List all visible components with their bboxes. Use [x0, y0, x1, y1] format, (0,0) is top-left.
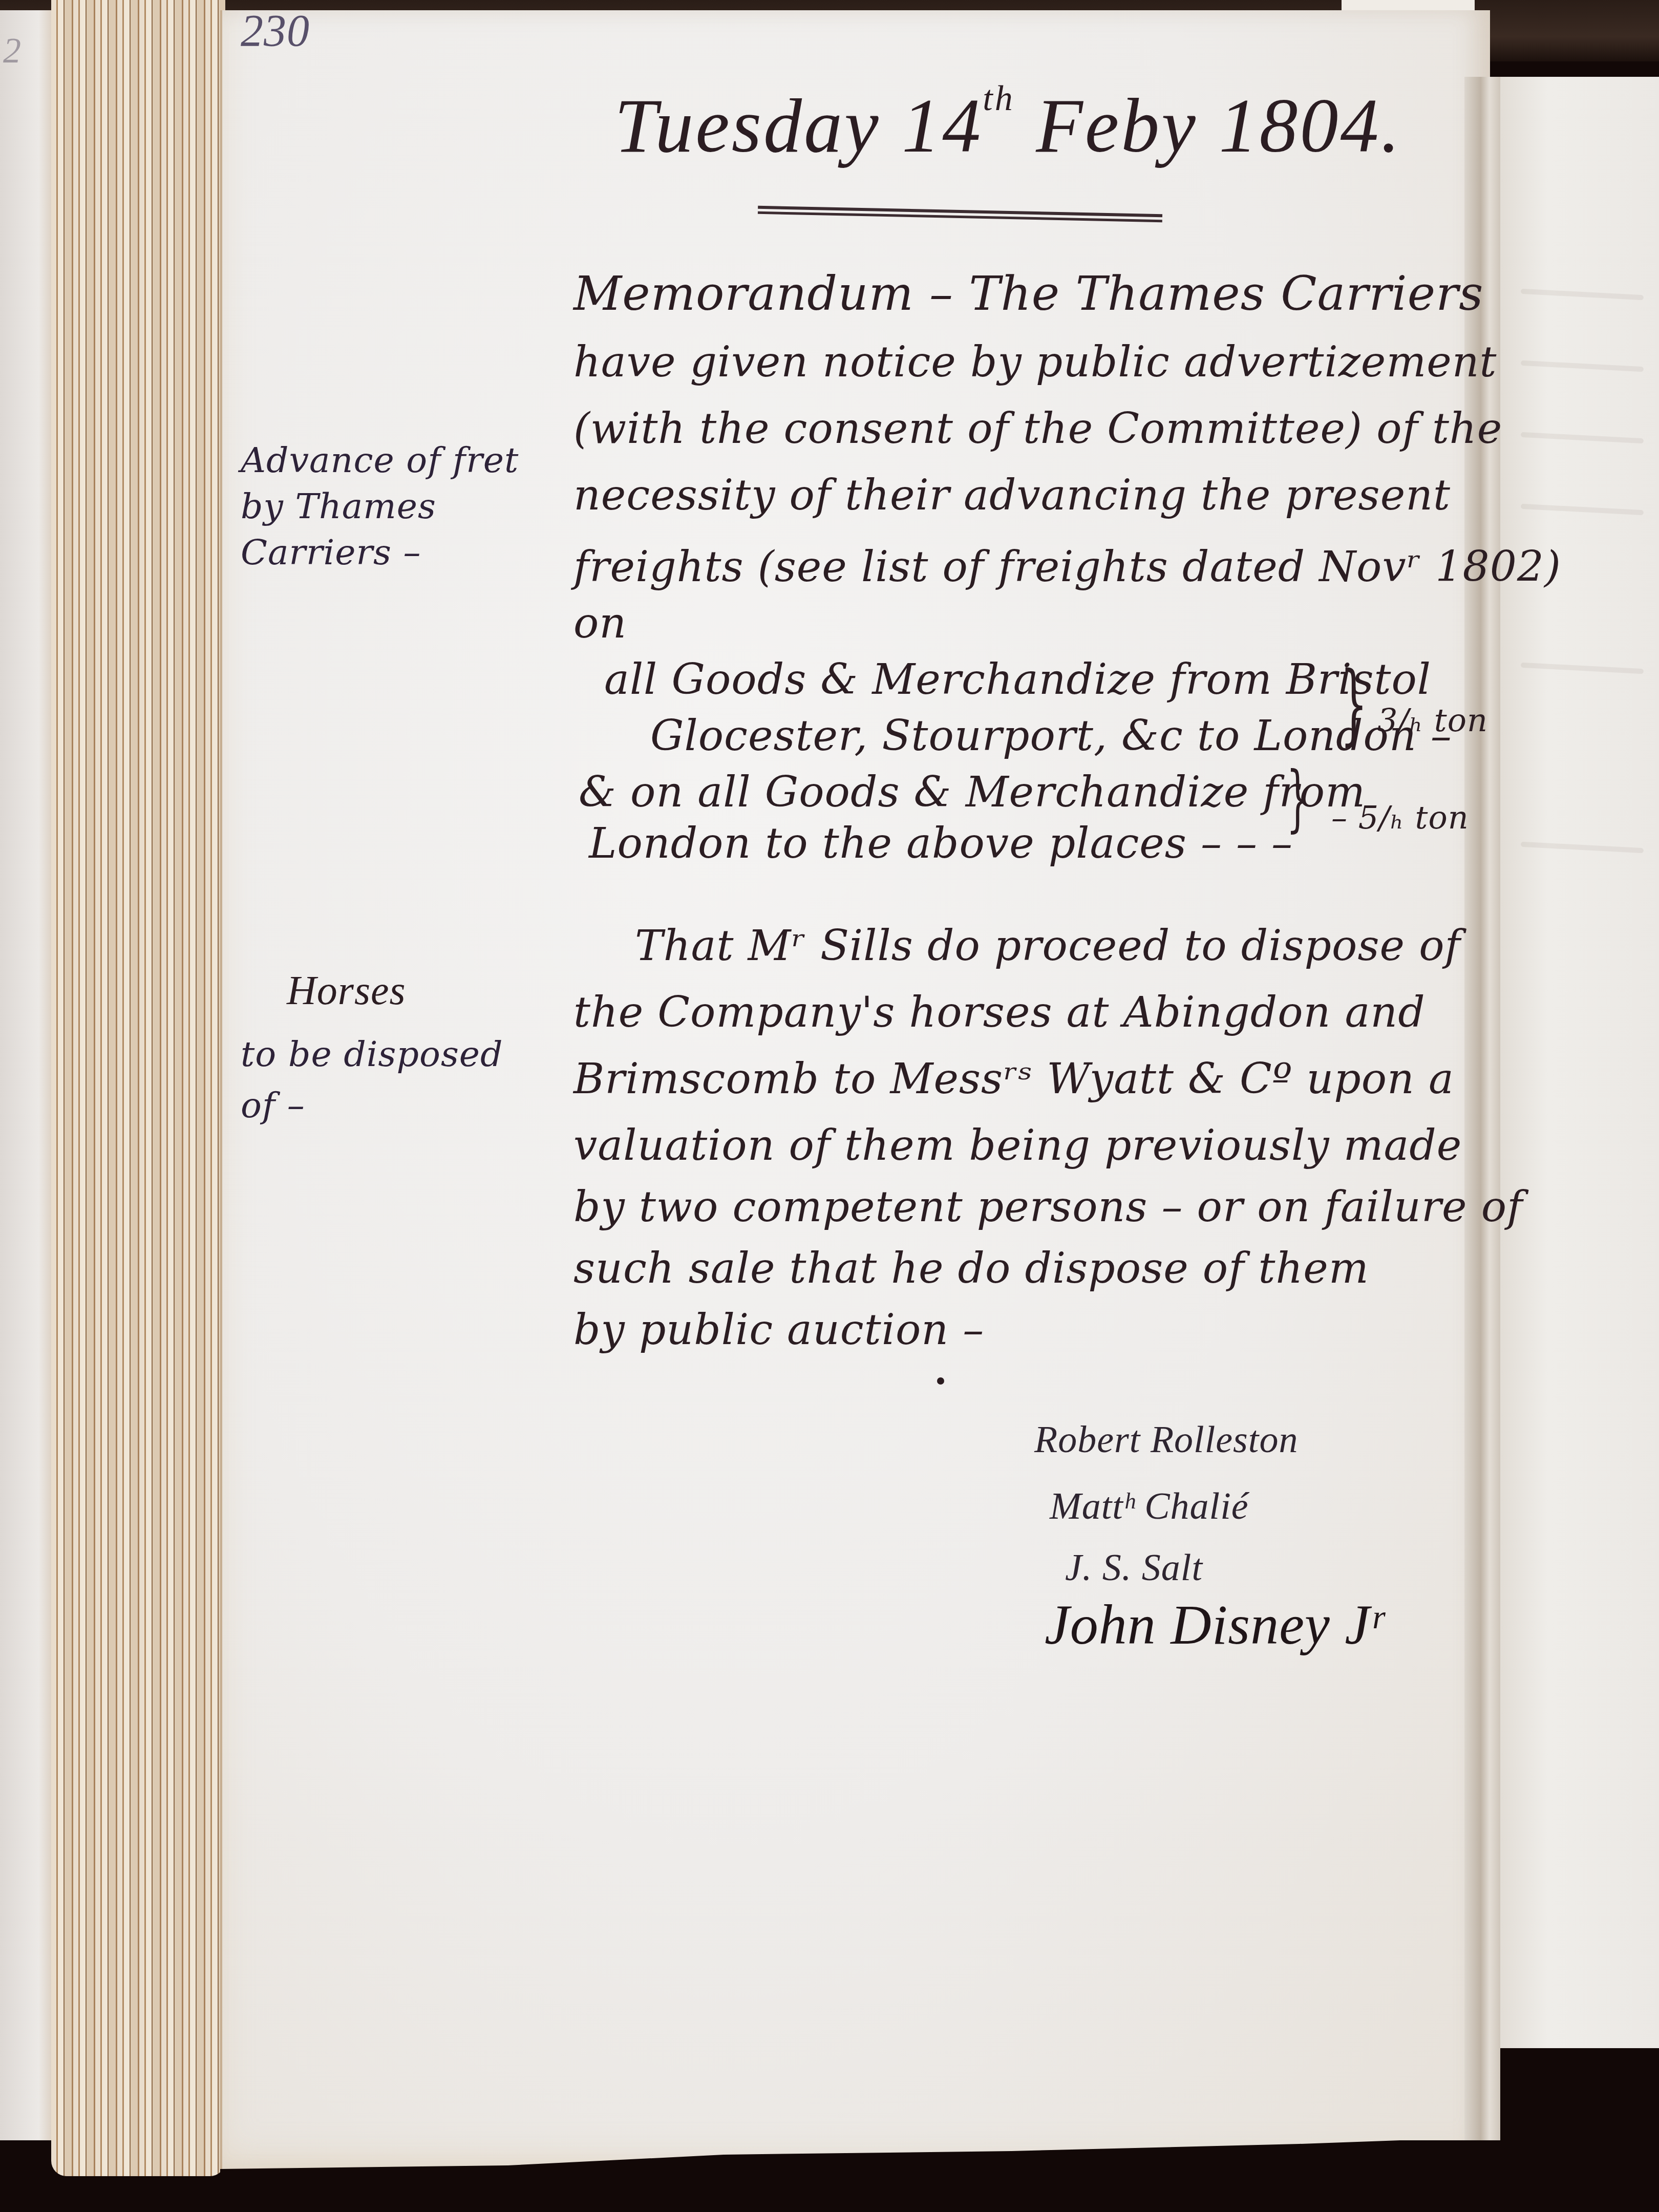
show-through-line: [1521, 504, 1644, 516]
resolution-line: by two competent persons – or on failure…: [573, 1183, 1523, 1231]
rate-line: London to the above places – – –: [589, 819, 1293, 868]
rate-line: all Goods & Merchandize from Bristol: [604, 655, 1431, 704]
signature: Mattʰ Chalié: [1050, 1485, 1249, 1528]
facing-page: [1500, 77, 1659, 2048]
heading-year: 1804.: [1219, 83, 1402, 168]
signature: John Disney Jʳ: [1045, 1592, 1384, 1657]
memorandum-line: necessity of their advancing the present: [573, 471, 1451, 520]
signature: J. S. Salt: [1065, 1546, 1203, 1590]
resolution-line: such sale that he do dispose of them: [573, 1244, 1369, 1293]
rate-line: Glocester, Stourport, &c to London –: [650, 712, 1452, 760]
page-number: 230: [241, 5, 310, 57]
memorandum-line: Memorandum – The Thames Carriers: [573, 266, 1483, 321]
heading-date: 14: [902, 83, 983, 168]
show-through-line: [1521, 360, 1644, 372]
memorandum-line: freights (see list of freights dated Nov…: [573, 543, 1561, 591]
freight-rate-value: 3/ₕ ton: [1377, 701, 1488, 739]
show-through-line: [1521, 432, 1644, 444]
ink-blot: [937, 1377, 944, 1385]
resolution-line: That Mʳ Sills do proceed to dispose of: [635, 922, 1461, 970]
show-through-line: [1521, 663, 1644, 674]
heading-date-suffix: th: [983, 79, 1014, 118]
show-through-line: [1521, 289, 1644, 301]
entry-date-heading: Tuesday 14th Feby 1804.: [614, 82, 1402, 170]
resolution-line: Brimscomb to Messʳˢ Wyatt & Cº upon a: [573, 1055, 1454, 1103]
freight-rate-value: – 5/ₕ ton: [1331, 799, 1469, 836]
right-brace: }: [1340, 661, 1368, 748]
margin-note-line: Carriers –: [241, 533, 421, 573]
book-gutter: [1464, 77, 1500, 2151]
show-through-line: [1521, 842, 1644, 854]
resolution-line: valuation of them being previously made: [573, 1121, 1462, 1170]
heading-day: Tuesday: [614, 83, 881, 168]
right-brace: }: [1286, 763, 1309, 835]
memorandum-line: on: [573, 599, 627, 648]
margin-note-line: to be disposed: [241, 1034, 503, 1075]
memorandum-line: have given notice by public advertizemen…: [573, 338, 1497, 387]
fanned-page-edges: [51, 0, 225, 2176]
resolution-line: the Company's horses at Abingdon and: [573, 988, 1426, 1037]
margin-note-line: Advance of fret: [241, 440, 519, 481]
previous-page-number-fragment: 2: [3, 31, 21, 72]
resolution-line: by public auction –: [573, 1306, 984, 1354]
heading-month: Feby: [1036, 83, 1198, 168]
rate-line: & on all Goods & Merchandize from: [579, 768, 1366, 817]
signature: Robert Rolleston: [1034, 1418, 1298, 1462]
margin-note-line: by Thames: [241, 486, 436, 527]
memorandum-line: (with the consent of the Committee) of t…: [573, 405, 1502, 453]
margin-heading: Horses: [287, 968, 406, 1014]
previous-page-edge: 2: [0, 10, 56, 2140]
margin-note-line: of –: [241, 1086, 305, 1126]
